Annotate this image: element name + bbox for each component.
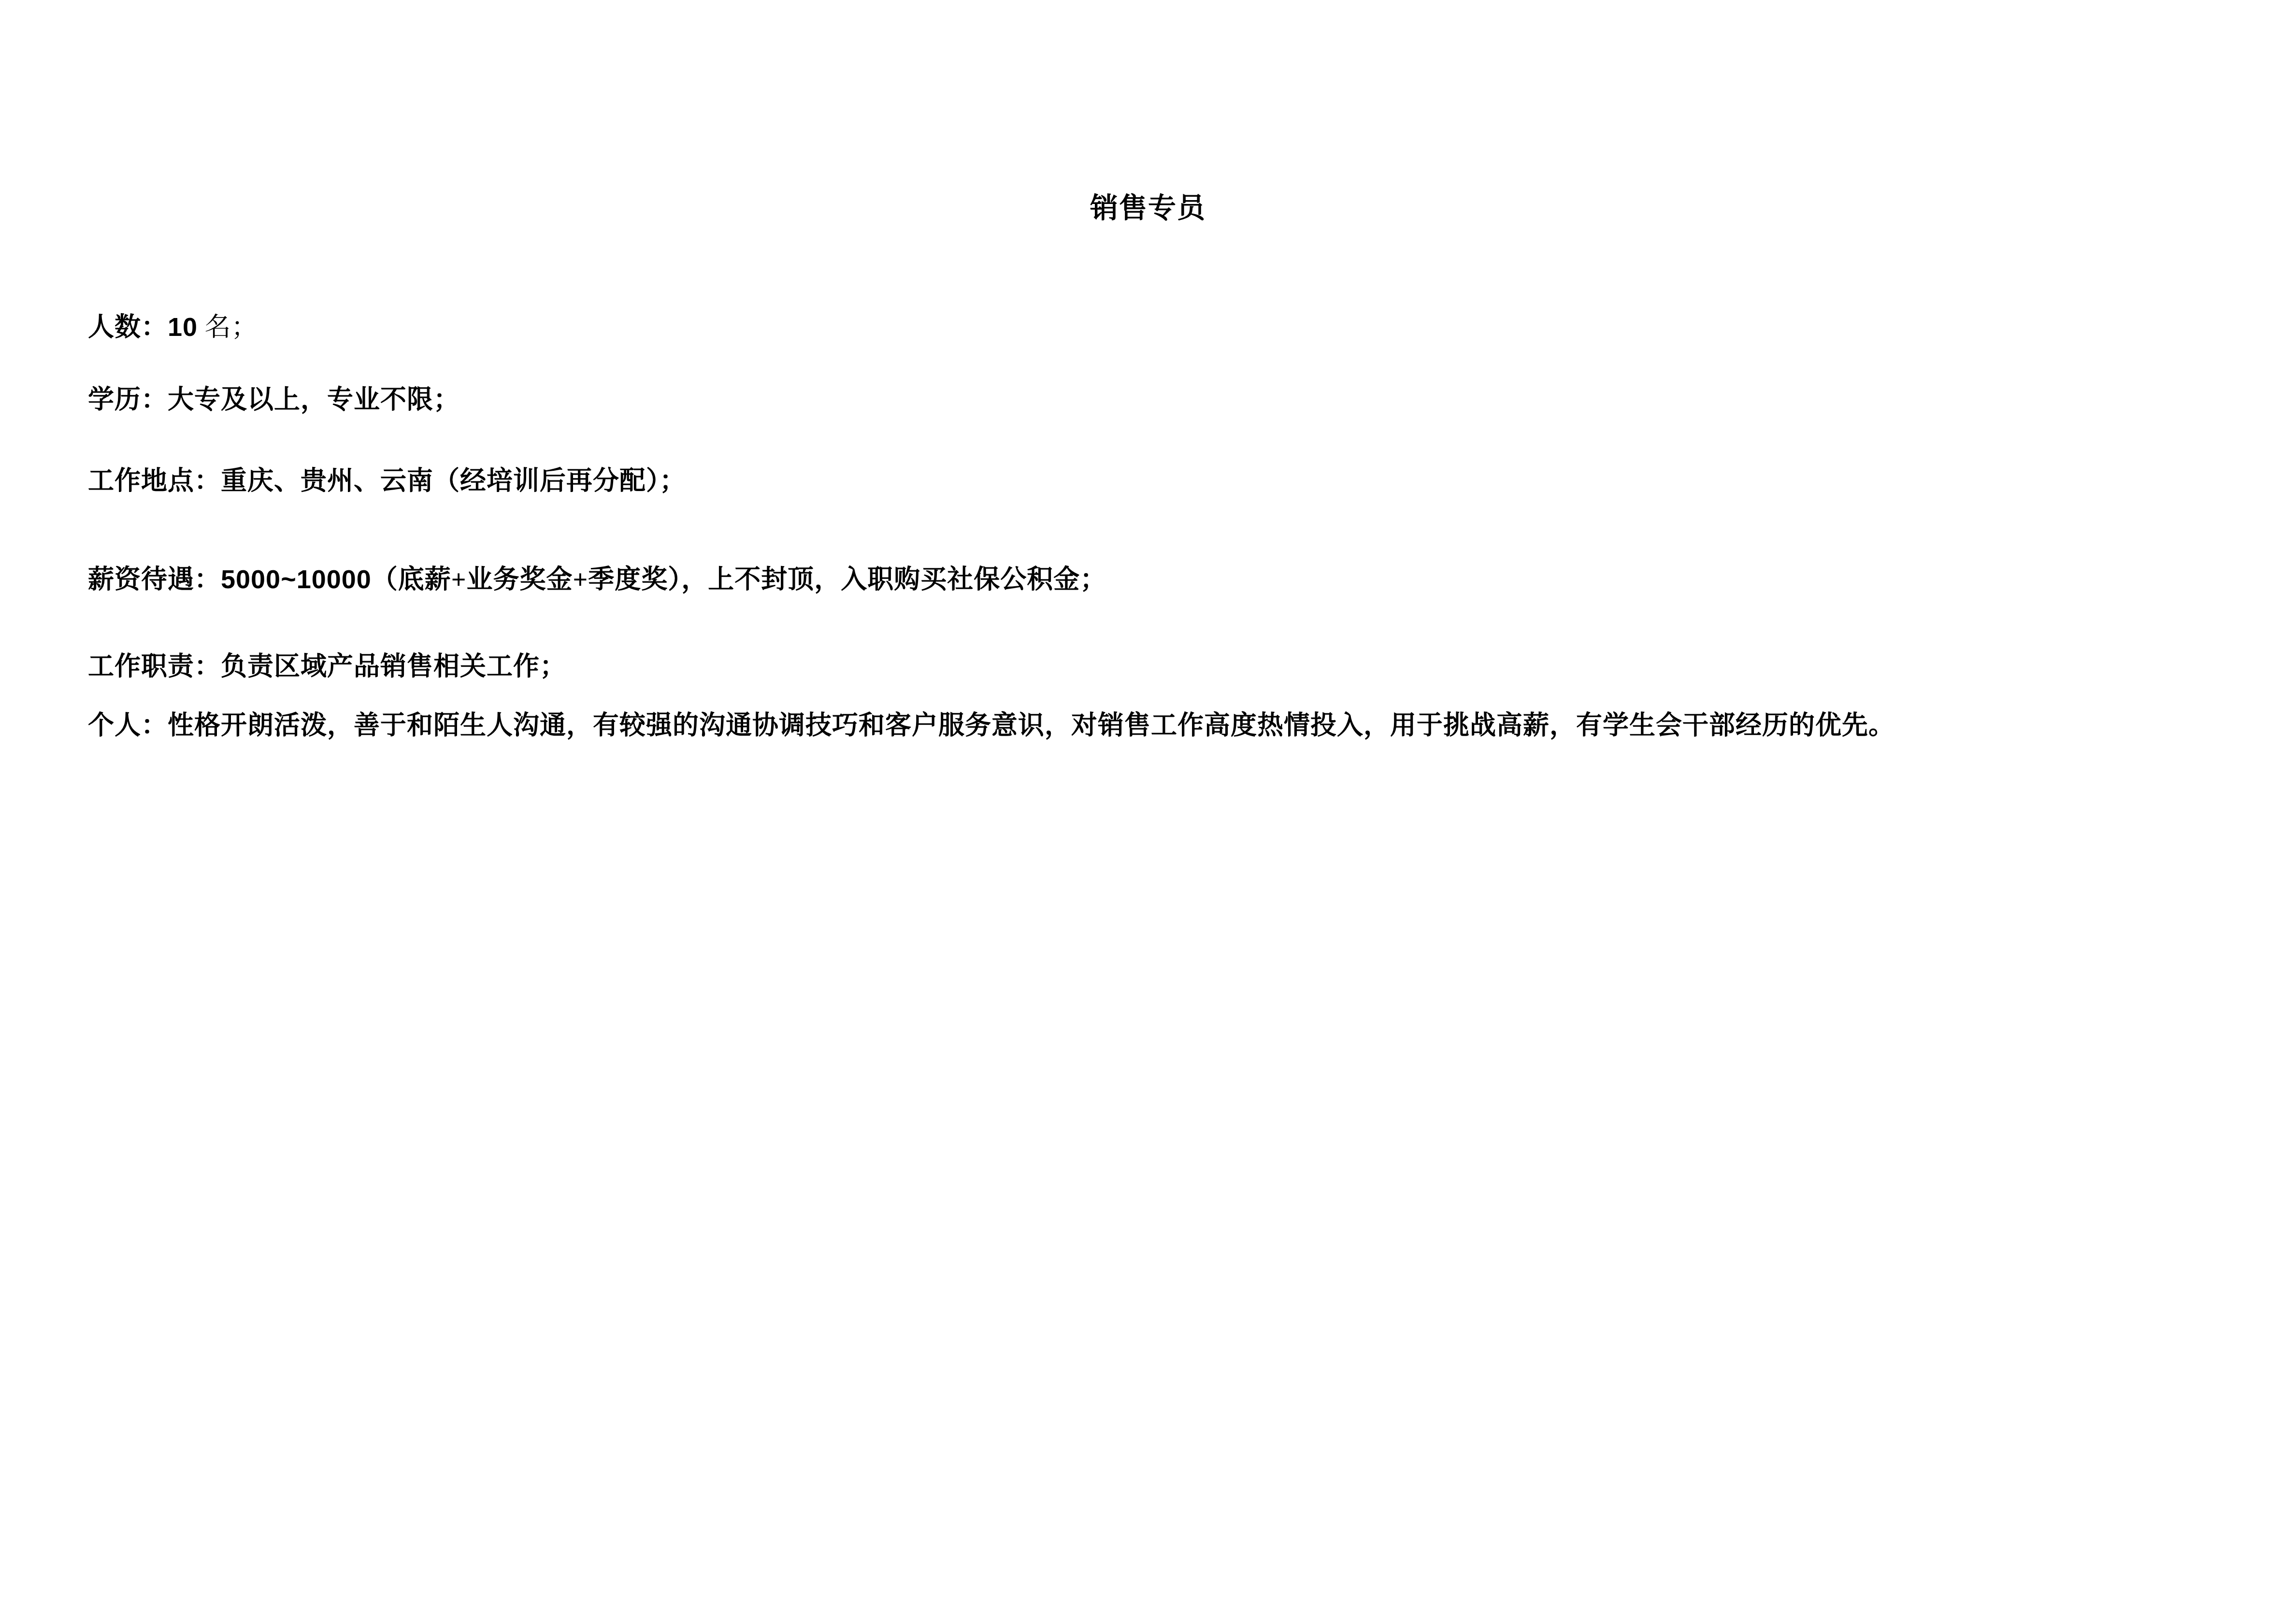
- headcount-suffix: 名；: [198, 313, 258, 342]
- salary-suffix: （底薪+业务奖金+季度奖），上不封顶，入职购买社保公积金；: [372, 565, 1107, 594]
- salary-range-value: 5000~10000: [221, 565, 372, 594]
- personal-requirements-line: 个人：性格开朗活泼，善于和陌生人沟通，有较强的沟通协调技巧和客户服务意识，对销售…: [88, 709, 2208, 742]
- salary-line: 薪资待遇：5000~10000（底薪+业务奖金+季度奖），上不封顶，入职购买社保…: [88, 563, 2208, 596]
- document-page: 销售专员 人数：10 名； 学历：大专及以上，专业不限； 工作地点：重庆、贵州、…: [0, 0, 2296, 1622]
- headcount-line: 人数：10 名；: [88, 310, 2208, 344]
- headcount-label: 人数：: [88, 313, 168, 342]
- salary-label: 薪资待遇：: [88, 565, 221, 594]
- education-line: 学历：大专及以上，专业不限；: [88, 383, 2208, 417]
- headcount-value: 10: [168, 313, 198, 342]
- page-title: 销售专员: [0, 191, 2296, 225]
- job-duty-line: 工作职责：负责区域产品销售相关工作；: [88, 650, 2208, 683]
- work-location-line: 工作地点：重庆、贵州、云南（经培训后再分配）；: [88, 464, 2208, 498]
